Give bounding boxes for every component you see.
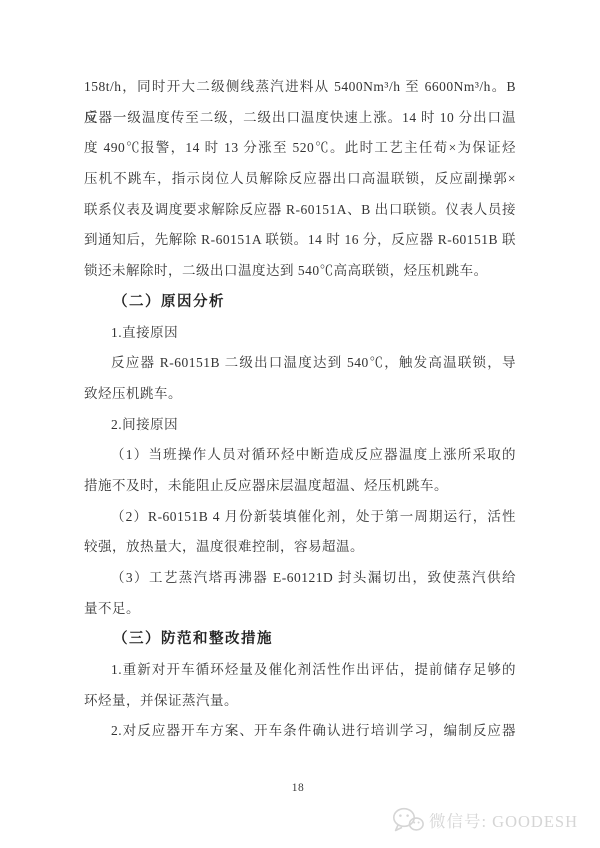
text-line: 锁还未解除时，二级出口温度达到 540℃高高联锁，烃压机跳车。 [84, 256, 516, 287]
text-line: 致烃压机跳车。 [84, 379, 516, 410]
document-body: 158t/h，同时开大二级侧线蒸汽进料从 5400Nm³/h 至 6600Nm³… [84, 72, 516, 747]
text-line: 反应器 R-60151B 二级出口温度达到 540℃，触发高温联锁，导 [84, 348, 516, 379]
text-line: 环烃量，并保证蒸汽量。 [84, 686, 516, 717]
text-line: 2.间接原因 [84, 410, 516, 441]
section-heading: （二）原因分析 [84, 287, 516, 318]
wechat-icon [392, 806, 424, 834]
text-line: 措施不及时，未能阻止反应器床层温度超温、烃压机跳车。 [84, 471, 516, 502]
text-line: 量不足。 [84, 594, 516, 625]
text-line: （2）R-60151B 4 月份新装填催化剂，处于第一周期运行，活性 [84, 502, 516, 533]
text-line: 1.重新对开车循环烃量及催化剂活性作出评估，提前储存足够的 [84, 655, 516, 686]
text-line: 应器一级温度传至二级，二级出口温度快速上涨。14 时 10 分出口温 [84, 103, 516, 134]
page-number: 18 [0, 782, 596, 794]
text-line: （3）工艺蒸汽塔再沸器 E-60121D 封头漏切出，致使蒸汽供给 [84, 563, 516, 594]
text-line: 到通知后，先解除 R-60151A 联锁。14 时 16 分，反应器 R-601… [84, 225, 516, 256]
text-line: 158t/h，同时开大二级侧线蒸汽进料从 5400Nm³/h 至 6600Nm³… [84, 72, 516, 103]
text-line: 压机不跳车，指示岗位人员解除反应器出口高温联锁，反应副操郭× [84, 164, 516, 195]
watermark: 微信号: GOODESH [392, 806, 578, 834]
text-line: 较强，放热量大，温度很难控制，容易超温。 [84, 532, 516, 563]
watermark-label: 微信号: GOODESH [429, 808, 578, 832]
text-line: 联系仪表及调度要求解除反应器 R-60151A、B 出口联锁。仪表人员接 [84, 195, 516, 226]
text-line: （1）当班操作人员对循环烃中断造成反应器温度上涨所采取的 [84, 440, 516, 471]
document-page: 158t/h，同时开大二级侧线蒸汽进料从 5400Nm³/h 至 6600Nm³… [0, 0, 600, 848]
section-heading: （三）防范和整改措施 [84, 624, 516, 655]
text-line: 2.对反应器开车方案、开车条件确认进行培训学习，编制反应器 [84, 716, 516, 747]
text-line: 度 490℃报警，14 时 13 分涨至 520℃。此时工艺主任荀×为保证烃 [84, 133, 516, 164]
text-line: 1.直接原因 [84, 318, 516, 349]
